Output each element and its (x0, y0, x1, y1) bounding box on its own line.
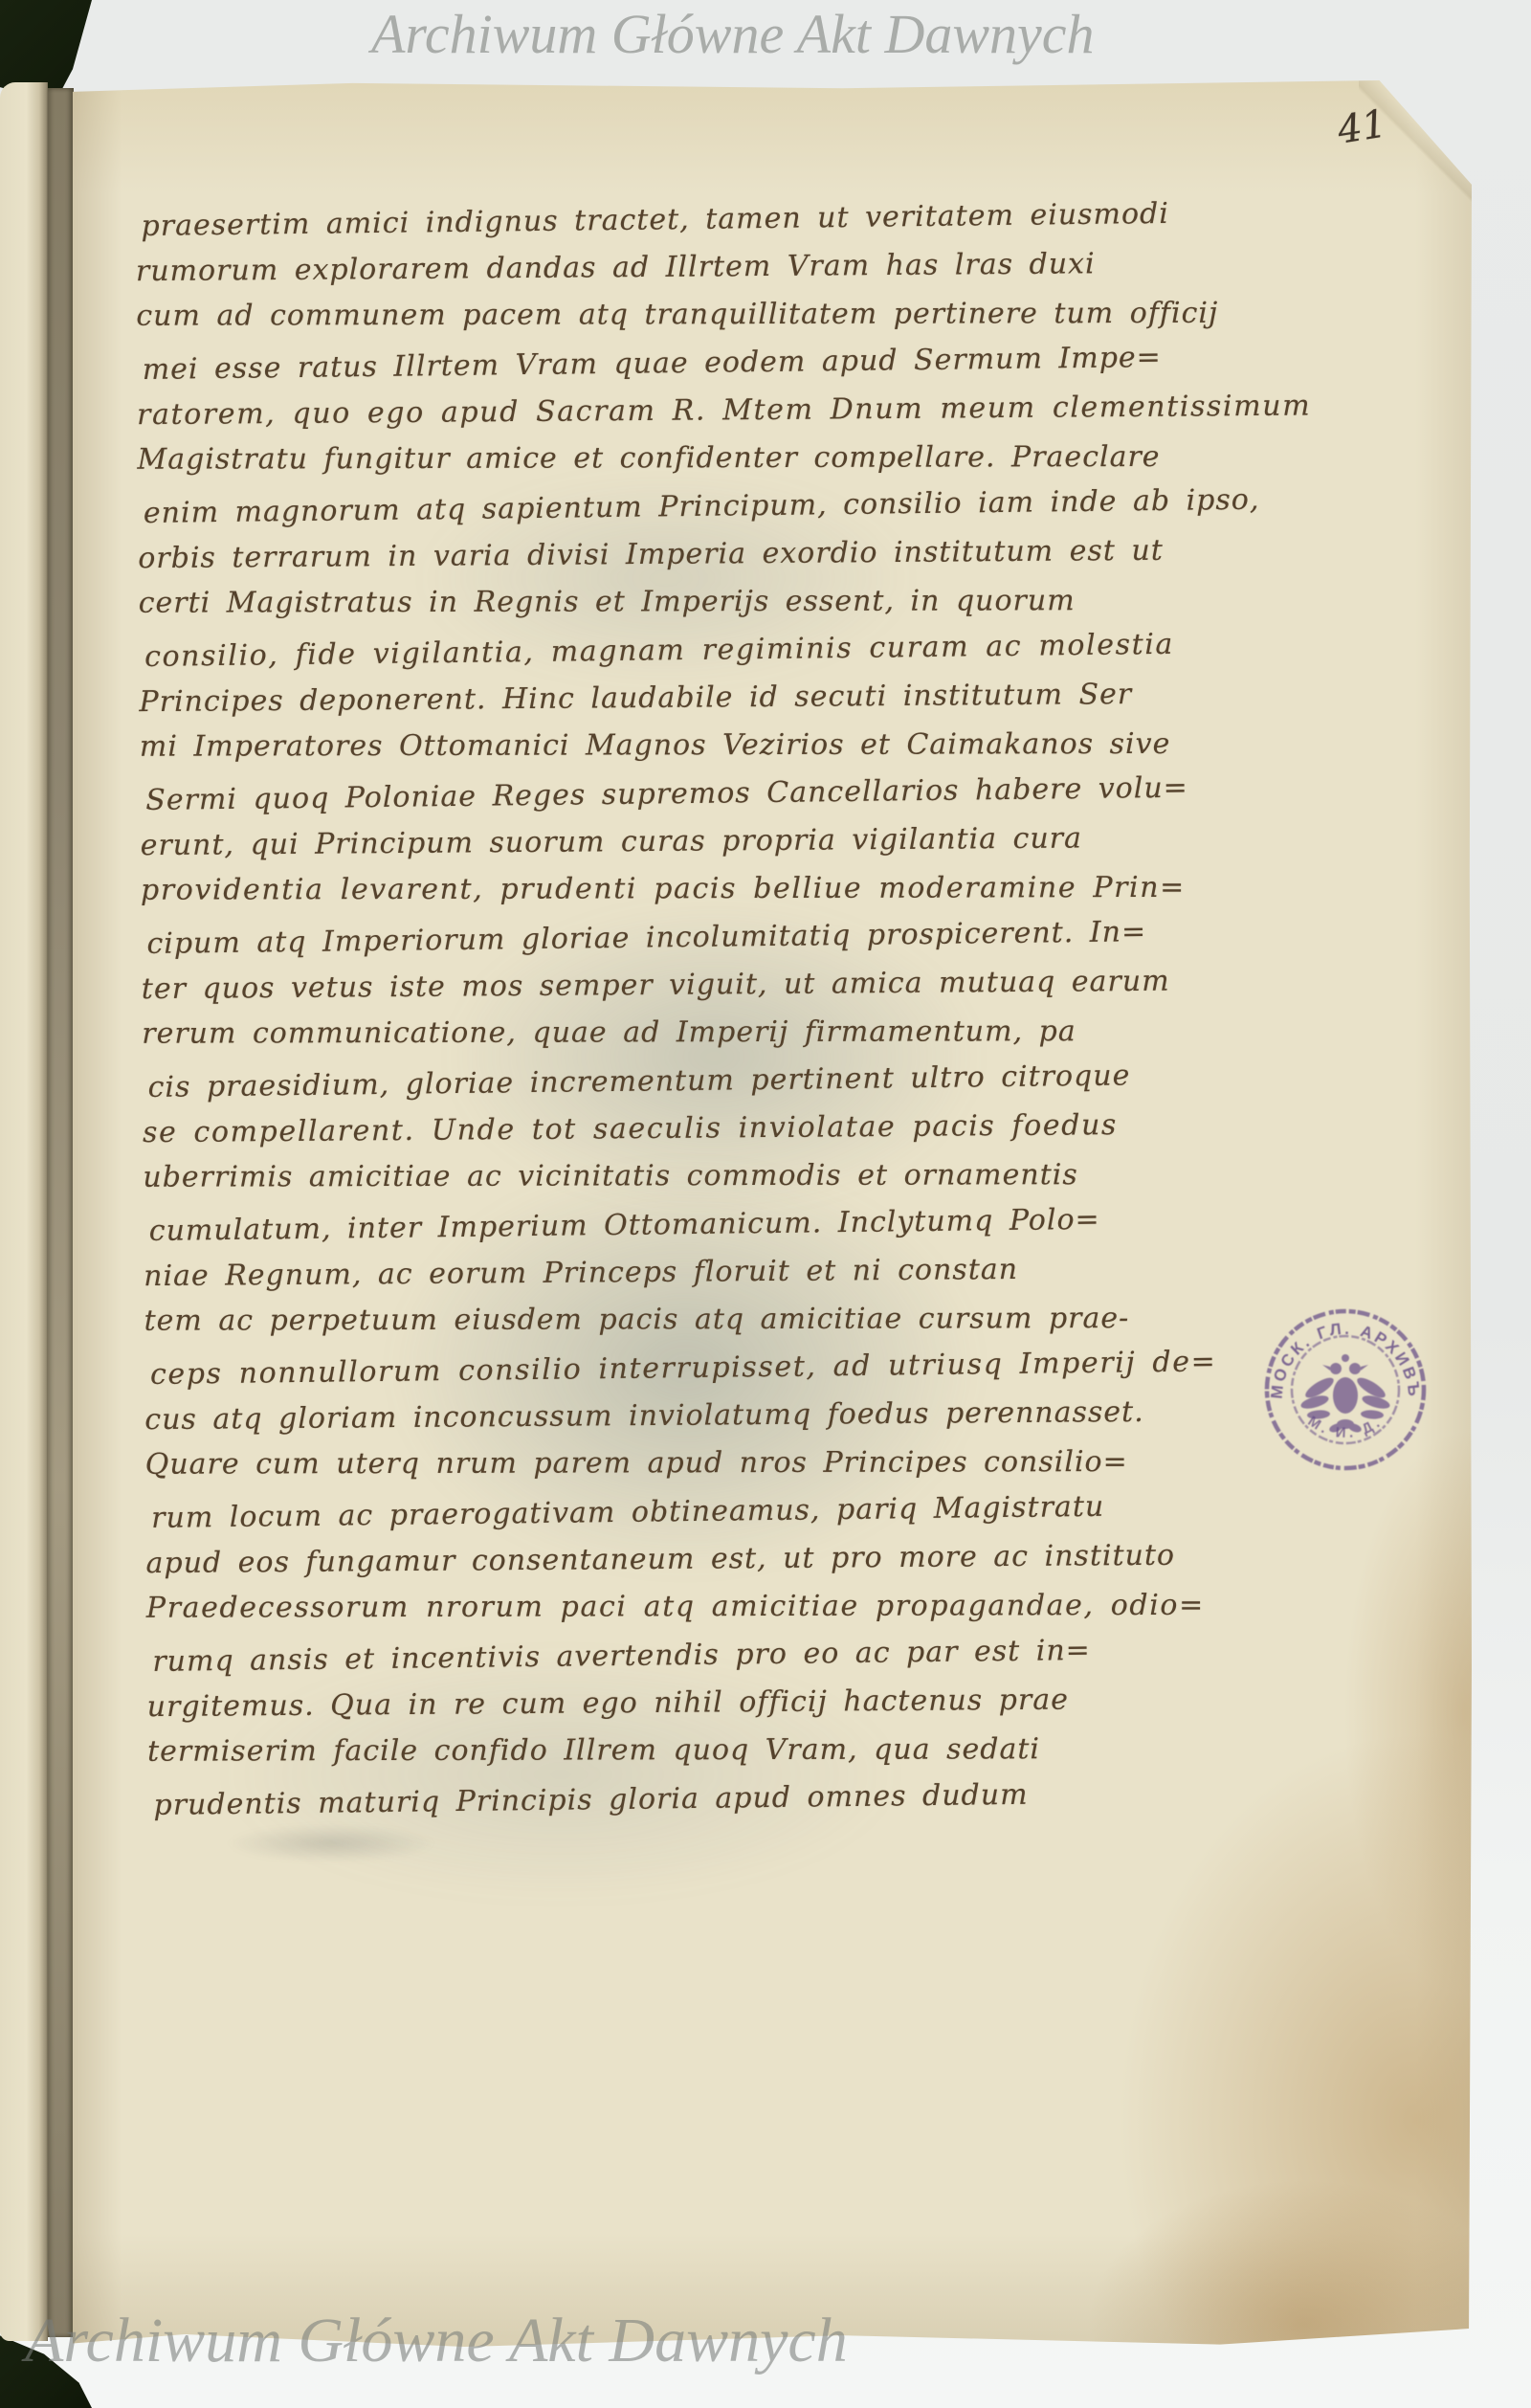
watermark-bottom: Archiwum Główne Akt Dawnych (25, 2305, 848, 2377)
manuscript-page: 41 praesertim amici indignus tractet, ta… (73, 80, 1472, 2347)
watermark-top: Archiwum Główne Akt Dawnych (371, 2, 1095, 66)
archive-scan-viewer: { "document": { "watermark_top": "Archiw… (0, 0, 1531, 2408)
folio-number: 41 (1335, 101, 1389, 152)
facing-page-edge (0, 82, 48, 2341)
stamp-graphic: МОСК. ГЛ. АРХИВЪ М. И. Д. (1261, 1305, 1430, 1474)
binding-gutter (48, 88, 74, 2337)
archive-stamp: МОСК. ГЛ. АРХИВЪ М. И. Д. (1261, 1305, 1430, 1474)
manuscript-text: praesertim amici indignus tractet, tamen… (135, 190, 1401, 1827)
pencil-smudge (226, 1824, 436, 1862)
manuscript-line: prudentis maturiq Principis gloria apud … (153, 1767, 1408, 1830)
